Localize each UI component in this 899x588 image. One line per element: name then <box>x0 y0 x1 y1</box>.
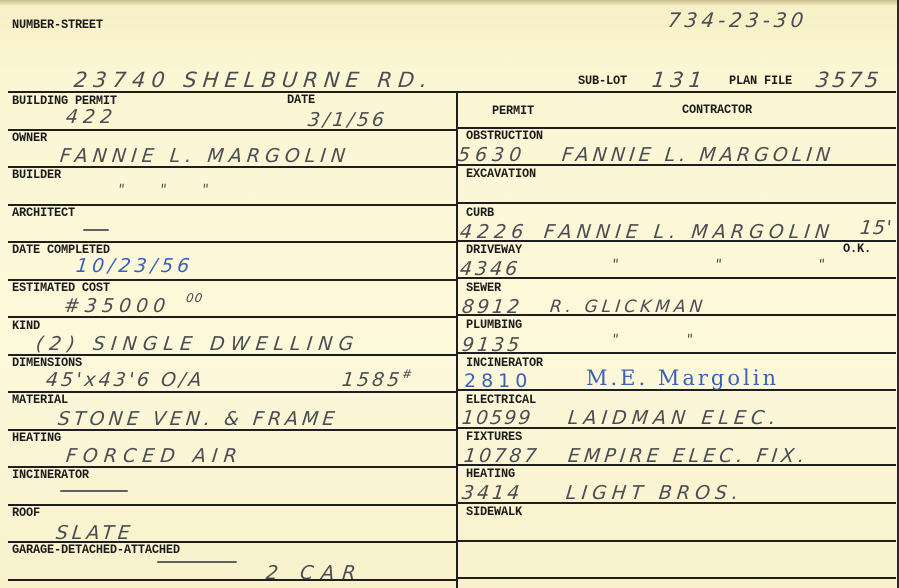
plumbing-label: PLUMBING <box>466 318 522 332</box>
date-value: 3/1/56 <box>307 110 388 130</box>
plumbing-contractor: " " <box>611 330 704 350</box>
material-label: MATERIAL <box>12 393 68 407</box>
garage-attached-underline <box>157 561 237 563</box>
rule <box>8 391 456 393</box>
rule <box>8 91 896 93</box>
plan-file-label: PLAN FILE <box>729 74 792 88</box>
heating-value: FORCED AIR <box>65 446 244 466</box>
kind-value: (2) SINGLE DWELLING <box>35 334 360 354</box>
rule <box>456 277 896 279</box>
rule <box>456 540 896 542</box>
rule <box>8 204 456 206</box>
incinerator-value-dash <box>60 490 128 492</box>
sub-lot-value: 131 <box>651 70 708 90</box>
sewer-label: SEWER <box>466 281 501 295</box>
driveway-permit: 4346 <box>459 259 521 279</box>
sewer-permit: 8912 <box>461 297 523 317</box>
fixtures-contractor: EMPIRE ELEC. FIX. <box>567 446 809 466</box>
incinerator-label: INCINERATOR <box>12 468 89 482</box>
roof-value: SLATE <box>55 523 135 543</box>
curb-permit: 4226 <box>459 222 529 242</box>
builder-value: " " " <box>117 180 210 200</box>
dimensions-value: 45'x43'6 O/A <box>45 370 206 390</box>
building-permit-card: NUMBER-STREET 734-23-30 23740 SHELBURNE … <box>0 0 899 588</box>
date-completed-value: 10/23/56 <box>75 256 194 276</box>
rule <box>8 129 456 131</box>
dimensions-label: DIMENSIONS <box>12 356 82 370</box>
obstruction-contractor: FANNIE L. MARGOLIN <box>561 145 835 165</box>
curb-contractor: FANNIE L. MARGOLIN <box>543 222 835 242</box>
rule <box>8 579 456 581</box>
driveway-note: O.K. <box>843 242 871 256</box>
obstruction-permit: 5630 <box>457 145 527 165</box>
heating-permit-number: 3414 <box>461 483 523 503</box>
sewer-contractor: R. GLICKMAN <box>549 297 707 317</box>
heating-permit-label: HEATING <box>466 467 515 481</box>
heating-contractor: LIGHT BROS. <box>565 483 744 503</box>
architect-value-dash <box>83 229 109 231</box>
rule <box>456 577 896 579</box>
rule <box>456 202 896 204</box>
driveway-label: DRIVEWAY <box>466 243 522 257</box>
electrical-contractor: LAIDMAN ELEC. <box>567 408 781 428</box>
dimensions-area-unit: # <box>401 364 413 384</box>
rule <box>456 352 896 354</box>
number-street-label: NUMBER-STREET <box>12 18 103 32</box>
dimensions-area: 1585 <box>341 370 403 390</box>
sub-lot-label: SUB-LOT <box>578 74 627 88</box>
incinerator-permit-label: INCINERATOR <box>466 356 543 370</box>
electrical-label: ELECTRICAL <box>466 393 536 407</box>
estimated-cost-value: #35000 <box>63 296 171 316</box>
estimated-cost-cents: 00 <box>185 288 204 308</box>
heating-label: HEATING <box>12 431 61 445</box>
contractor-column-header: CONTRACTOR <box>682 103 752 117</box>
plan-file-value: 3575 <box>815 70 883 90</box>
garage-value: 2 CAR <box>265 563 365 583</box>
building-permit-value: 422 <box>65 107 118 127</box>
curb-note: 15' <box>859 218 894 238</box>
incinerator-permit-number: 2810 <box>464 371 532 391</box>
garage-label: GARAGE-DETACHED-ATTACHED <box>12 543 180 557</box>
kind-label: KIND <box>12 319 40 333</box>
electrical-permit: 10599 <box>461 408 534 428</box>
card-number: 734-23-30 <box>667 10 809 30</box>
driveway-contractor: " " " <box>611 255 836 275</box>
plumbing-permit: 9135 <box>461 335 523 355</box>
owner-value: FANNIE L. MARGOLIN <box>59 146 351 166</box>
excavation-label: EXCAVATION <box>466 167 536 181</box>
address-value: 23740 SHELBURNE RD. <box>73 70 434 90</box>
estimated-cost-label: ESTIMATED COST <box>12 281 110 295</box>
fixtures-permit: 10787 <box>463 446 541 466</box>
sidewalk-label: SIDEWALK <box>466 505 522 519</box>
builder-label: BUILDER <box>12 168 61 182</box>
material-value: STONE VEN. & FRAME <box>57 409 340 429</box>
curb-label: CURB <box>466 206 494 220</box>
fixtures-label: FIXTURES <box>466 430 522 444</box>
date-label: DATE <box>287 93 315 107</box>
rule <box>8 504 456 506</box>
obstruction-label: OBSTRUCTION <box>466 129 543 143</box>
permit-column-header: PERMIT <box>492 104 534 118</box>
architect-label: ARCHITECT <box>12 206 75 220</box>
owner-label: OWNER <box>12 131 47 145</box>
incinerator-contractor: M.E. Margolin <box>586 368 779 388</box>
roof-label: ROOF <box>12 506 40 520</box>
